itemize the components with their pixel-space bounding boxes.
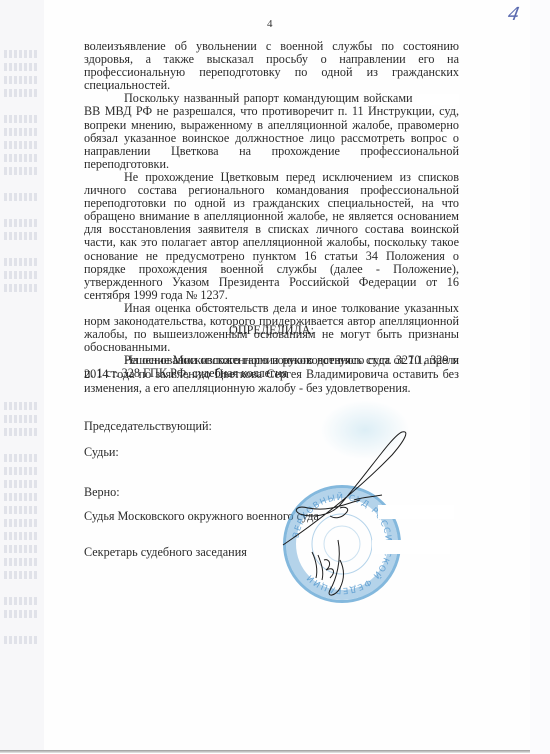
bleed-through-text bbox=[4, 232, 38, 240]
bleed-through-text bbox=[4, 597, 38, 605]
bleed-through-text bbox=[4, 258, 38, 266]
bleed-through-text bbox=[4, 610, 38, 618]
bleed-through-text bbox=[4, 454, 38, 462]
paragraph-2-intro: Поскольку названный рапорт командующим в… bbox=[84, 92, 459, 171]
judges-label: Судьи: bbox=[84, 445, 119, 460]
bleed-through-text bbox=[4, 402, 38, 410]
bleed-through-text bbox=[4, 89, 38, 97]
paragraph-2-prefix: Поскольку названный рапорт командующим в… bbox=[124, 91, 413, 105]
bleed-through-text bbox=[4, 271, 38, 279]
page-edge bbox=[0, 750, 530, 753]
paragraph-3: Не прохождение Цветковым перед исключени… bbox=[84, 171, 459, 302]
redacted-secretary-name bbox=[372, 540, 450, 554]
bleed-through-text bbox=[4, 76, 38, 84]
scan-margin-right bbox=[530, 0, 550, 754]
decision-heading: ОПРЕДЕЛИЛА: bbox=[84, 323, 459, 338]
bleed-through-text bbox=[4, 636, 38, 644]
bleed-through-text bbox=[4, 50, 38, 58]
bleed-through-text bbox=[4, 154, 38, 162]
bleed-through-text bbox=[4, 284, 38, 292]
bleed-through-text bbox=[4, 558, 38, 566]
presiding-judge-label: Председательствующий: bbox=[84, 419, 212, 434]
redacted-region bbox=[417, 94, 459, 105]
bleed-through-text bbox=[4, 115, 38, 123]
bleed-through-text bbox=[4, 141, 38, 149]
bleed-through-text bbox=[4, 545, 38, 553]
bleed-through-text bbox=[4, 532, 38, 540]
judge-title-label: Судья Московского окружного военного суд… bbox=[84, 509, 319, 524]
bleed-through-text bbox=[4, 415, 38, 423]
bleed-through-text bbox=[4, 193, 38, 201]
bleed-through-text bbox=[4, 219, 38, 227]
decision-text-block: Решение Московского гарнизонного военног… bbox=[84, 353, 459, 395]
certified-label: Верно: bbox=[84, 485, 120, 500]
bleed-through-text bbox=[4, 519, 38, 527]
page-number: 4 bbox=[267, 18, 273, 30]
scan-margin-left bbox=[0, 0, 45, 752]
bleed-through-text bbox=[4, 467, 38, 475]
paragraph-1: волеизъявление об увольнении с военной с… bbox=[84, 40, 459, 92]
bleed-through-text bbox=[4, 493, 38, 501]
bleed-through-text bbox=[4, 428, 38, 436]
redacted-judge-name bbox=[378, 505, 454, 519]
paragraph-2-suffix: ВВ МВД РФ bbox=[84, 104, 152, 118]
bleed-through-text bbox=[4, 571, 38, 579]
decision-text: Решение Московского гарнизонного военног… bbox=[84, 353, 459, 395]
faded-stamp-impression bbox=[320, 400, 410, 460]
bleed-through-text bbox=[4, 63, 38, 71]
bleed-through-text bbox=[4, 480, 38, 488]
bleed-through-text bbox=[4, 128, 38, 136]
bleed-through-text bbox=[4, 167, 38, 175]
bleed-through-text bbox=[4, 506, 38, 514]
secretary-label: Секретарь судебного заседания bbox=[84, 545, 247, 560]
